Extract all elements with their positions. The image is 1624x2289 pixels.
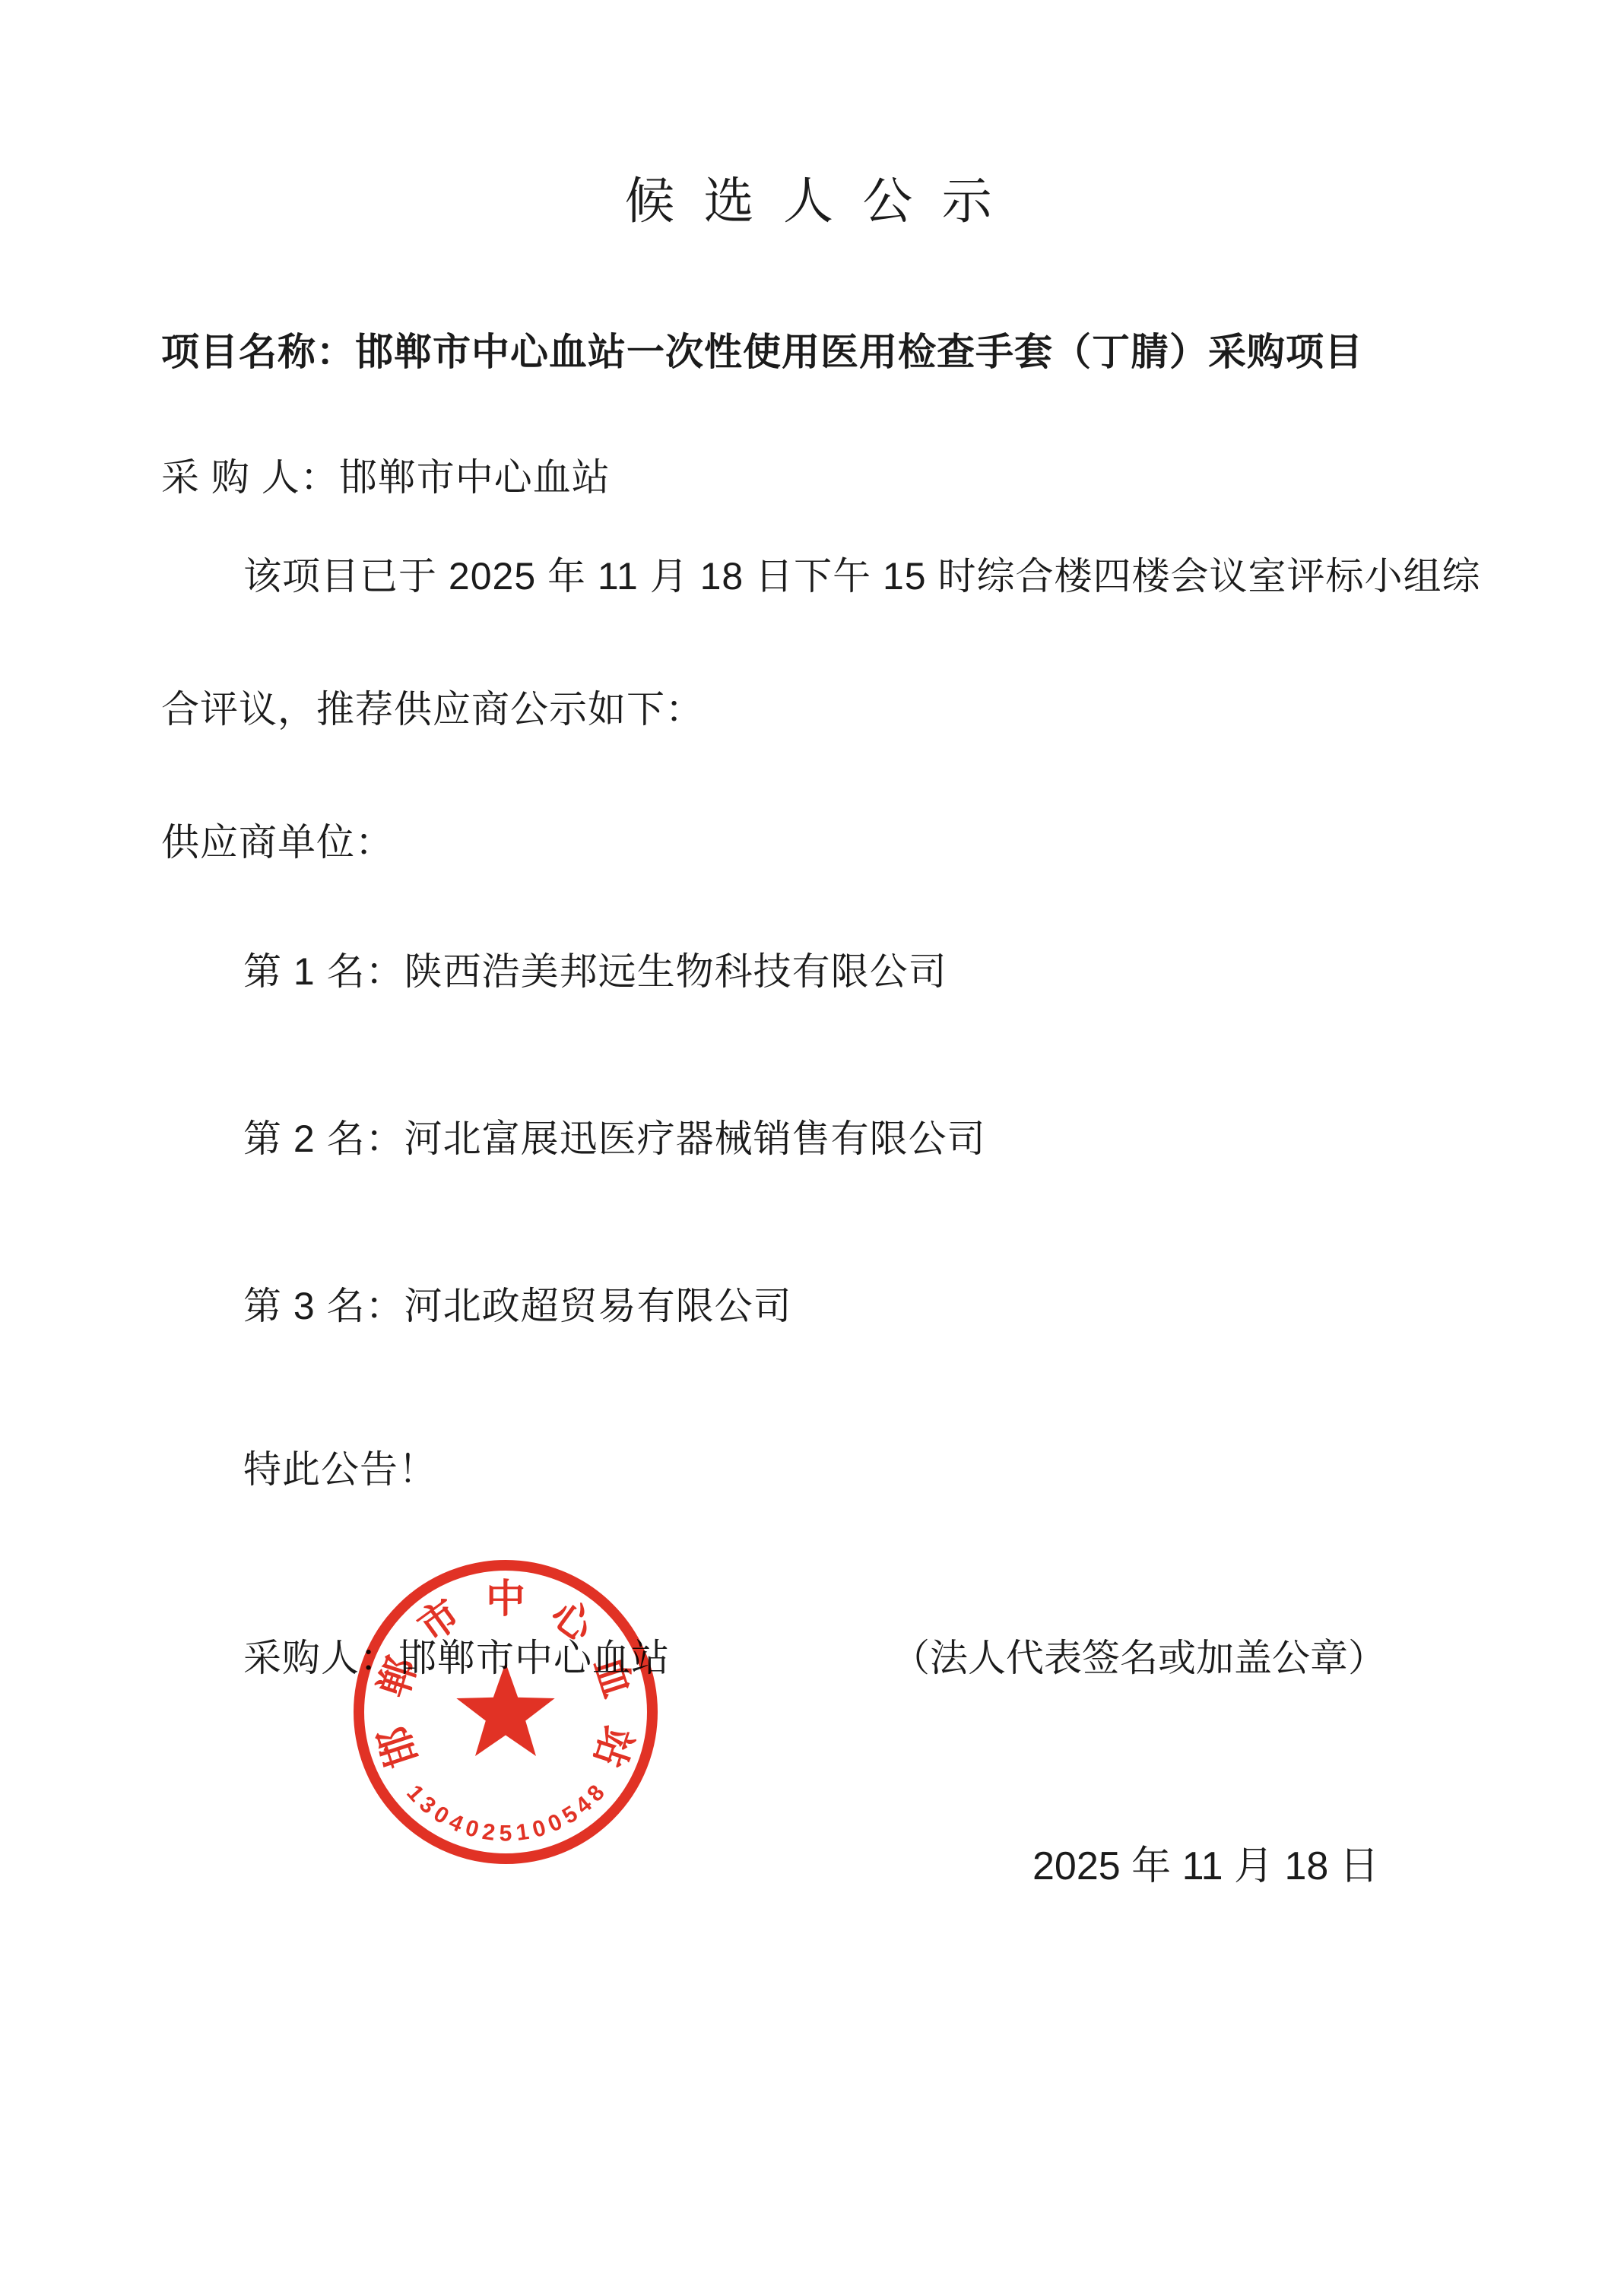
signature-note: （法人代表签名或加盖公章） [892,1637,1386,1679]
seal-char: 市 [411,1592,468,1650]
supplier-rank-1: 第 1 名：陕西浩美邦远生物科技有限公司 [243,950,947,993]
seal-digit: 5 [500,1821,512,1847]
supplier-heading: 供应商单位： [161,821,394,864]
official-seal: 邯 郸 市 中 心 血 站 1 3 0 4 0 2 5 1 0 0 5 4 8 [346,1552,665,1872]
project-name-line: 项目名称：邯郸市中心血站一次性使用医用检查手套（丁腈）采购项目 [161,331,1363,373]
document-date: 2025 年 11 月 18 日 [1032,1844,1379,1888]
supplier-rank-3: 第 3 名：河北政超贸易有限公司 [243,1285,792,1327]
seal-digit: 0 [462,1815,481,1843]
seal-digit: 1 [515,1819,531,1846]
seal-char: 血 [585,1652,639,1703]
closing-line: 特此公告！ [243,1448,437,1491]
purchaser-line: 采 购 人：邯郸市中心血站 [161,456,611,499]
page-title: 候 选 人 公 示 [0,173,1624,228]
seal-digit: 2 [481,1819,496,1846]
supplier-rank-2: 第 2 名：河北富展迅医疗器械销售有限公司 [243,1118,986,1160]
seal-star [456,1663,554,1756]
seal-char: 站 [585,1721,639,1772]
body-paragraph-line-1: 该项目已于 2025 年 11 月 18 日下午 15 时综合楼四楼会议室评标小… [243,555,1481,598]
seal-char: 邯 [372,1721,426,1772]
body-paragraph-line-2: 合评议，推荐供应商公示如下： [161,688,704,731]
seal-char: 中 [486,1577,525,1622]
announcement-page: 候 选 人 公 示 项目名称：邯郸市中心血站一次性使用医用检查手套（丁腈）采购项… [0,0,1624,2289]
seal-char: 郸 [372,1652,426,1703]
